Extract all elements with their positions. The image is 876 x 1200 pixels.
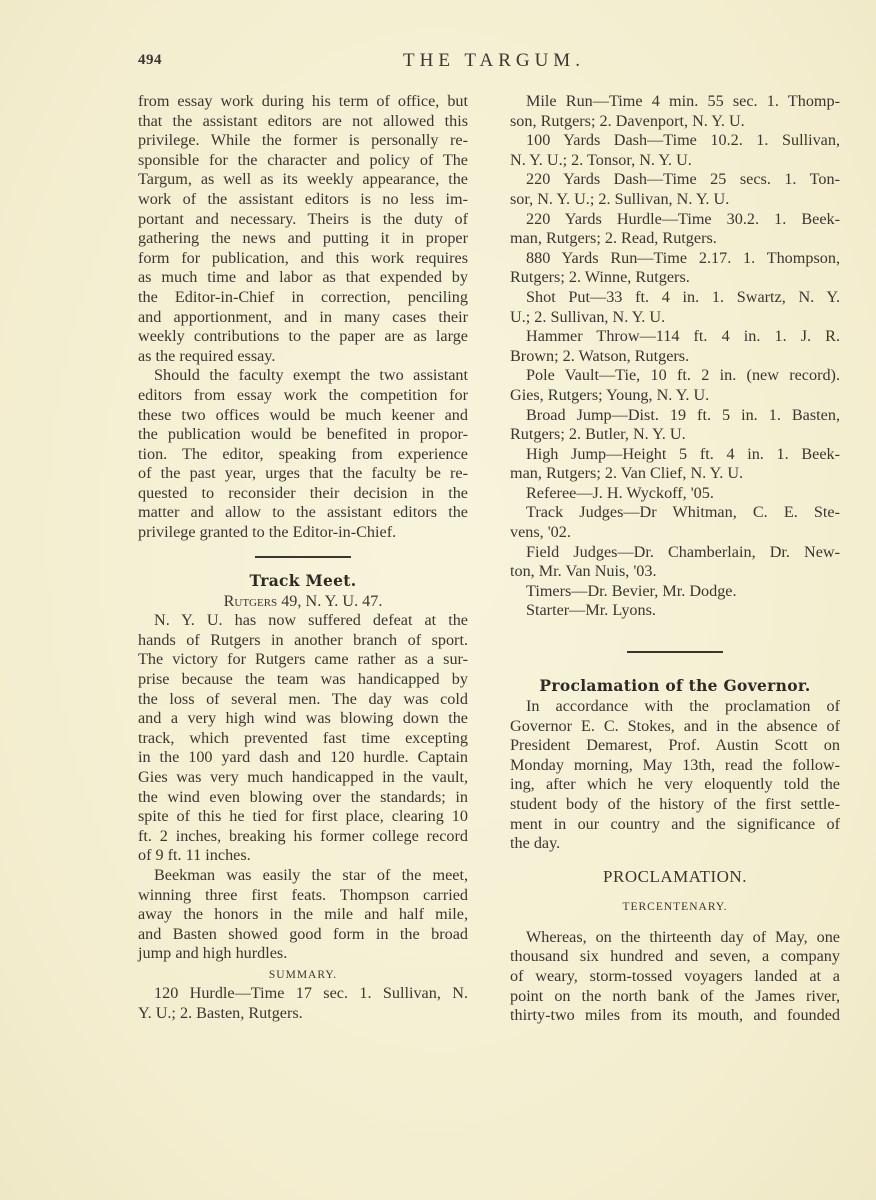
text-line: privilege. While the former is personall… (138, 131, 468, 151)
text-line: of the past year, urges that the faculty… (138, 464, 468, 484)
text-line: as much time and labor as that expended … (138, 268, 468, 288)
text-line: prise because the team was handicapped b… (138, 670, 468, 690)
section-divider (255, 556, 351, 558)
proclamation-article: Proclamation of the Governor. In accorda… (510, 675, 840, 1026)
track-meet-article: Track Meet. Rutgers 49, N. Y. U. 47. N. … (138, 570, 468, 1023)
text-line: quested to reconsider their decision in … (138, 484, 468, 504)
proclamation-title: PROCLAMATION. (510, 866, 840, 888)
summary-line: Timers—Dr. Bevier, Mr. Dodge. (510, 582, 840, 602)
text-line: tion. The editor, speaking from experien… (138, 445, 468, 465)
text-line: N. Y. U. has now suffered defeat at the (138, 611, 468, 631)
text-line: Monday morning, May 13th, read the follo… (510, 756, 840, 776)
text-line: Gies was very much handicapped in the va… (138, 768, 468, 788)
section-divider (627, 651, 723, 653)
summary-line: 220 Yards Hurdle—Time 30.2. 1. Beek- (510, 210, 840, 230)
track-meet-summary: Mile Run—Time 4 min. 55 sec. 1. Thomp- s… (510, 92, 840, 621)
text-line: sponsible for the character and policy o… (138, 151, 468, 171)
text-line: gathering the news and putting it in pro… (138, 229, 468, 249)
summary-line: Y. U.; 2. Basten, Rutgers. (138, 1004, 468, 1024)
text-line: winning three first feats. Thompson carr… (138, 886, 468, 906)
text-line: portant and necessary. Theirs is the dut… (138, 210, 468, 230)
summary-line: son, Rutgers; 2. Davenport, N. Y. U. (510, 112, 840, 132)
text-line: Should the faculty exempt the two assist… (138, 366, 468, 386)
article-heading: Track Meet. (138, 570, 468, 592)
text-line: President Demarest, Prof. Austin Scott o… (510, 736, 840, 756)
text-line: the loss of several men. The day was col… (138, 690, 468, 710)
text-line: work of the assistant editors is no less… (138, 190, 468, 210)
page-header: 494 THE TARGUM. (138, 50, 850, 74)
summary-line: U.; 2. Sullivan, N. Y. U. (510, 308, 840, 328)
text-line: hands of Rutgers in another branch of sp… (138, 631, 468, 651)
summary-line: 100 Yards Dash—Time 10.2. 1. Sullivan, (510, 131, 840, 151)
summary-line: Broad Jump—Dist. 19 ft. 5 in. 1. Basten, (510, 406, 840, 426)
summary-line: Referee—J. H. Wyckoff, '05. (510, 484, 840, 504)
text-line: The victory for Rutgers came rather as a… (138, 650, 468, 670)
text-line: the wind even blowing over the standards… (138, 788, 468, 808)
summary-line: Hammer Throw—114 ft. 4 in. 1. J. R. (510, 327, 840, 347)
text-line: thirty-two miles from its mouth, and fou… (510, 1006, 840, 1026)
text-line: of weary, storm-tossed voyagers landed a… (510, 967, 840, 987)
summary-line: N. Y. U.; 2. Tonsor, N. Y. U. (510, 151, 840, 171)
text-line: ft. 2 inches, breaking his former colleg… (138, 827, 468, 847)
summary-line: Shot Put—33 ft. 4 in. 1. Swartz, N. Y. (510, 288, 840, 308)
right-column: Mile Run—Time 4 min. 55 sec. 1. Thomp- s… (510, 92, 840, 1026)
summary-line: Rutgers; 2. Butler, N. Y. U. (510, 425, 840, 445)
summary-line: sor, N. Y. U.; 2. Sullivan, N. Y. U. (510, 190, 840, 210)
summary-line: man, Rutgers; 2. Read, Rutgers. (510, 229, 840, 249)
summary-line: Gies, Rutgers; Young, N. Y. U. (510, 386, 840, 406)
text-line: point on the north bank of the James riv… (510, 987, 840, 1007)
score-line: Rutgers 49, N. Y. U. 47. (138, 592, 468, 612)
text-line: track, which prevented fast time excepti… (138, 729, 468, 749)
summary-line: High Jump—Height 5 ft. 4 in. 1. Beek- (510, 445, 840, 465)
text-line: the publication would be benefited in pr… (138, 425, 468, 445)
summary-heading: SUMMARY. (138, 964, 468, 984)
summary-line: 880 Yards Run—Time 2.17. 1. Thompson, (510, 249, 840, 269)
text-line: Governor E. C. Stokes, and in the absenc… (510, 717, 840, 737)
proclamation-subtitle: TERCENTENARY. (510, 898, 840, 916)
text-line: student body of the history of the first… (510, 795, 840, 815)
text-line: that the assistant editors are not allow… (138, 112, 468, 132)
summary-line: Field Judges—Dr. Chamberlain, Dr. New- (510, 543, 840, 563)
scanned-page: 494 THE TARGUM. from essay work during h… (0, 0, 876, 1200)
left-column: from essay work during his term of offic… (138, 92, 468, 1023)
summary-line: ton, Mr. Van Nuis, '03. (510, 562, 840, 582)
text-line: and apportionment, and in many cases the… (138, 308, 468, 328)
text-line: thousand six hundred and seven, a compan… (510, 947, 840, 967)
text-line: and Basten showed good form in the broad (138, 925, 468, 945)
text-line: matter and allow to the assistant editor… (138, 503, 468, 523)
text-line: and a very high wind was blowing down th… (138, 709, 468, 729)
summary-line: Mile Run—Time 4 min. 55 sec. 1. Thomp- (510, 92, 840, 112)
text-line: editors from essay work the competition … (138, 386, 468, 406)
text-line: ment in our country and the significance… (510, 815, 840, 835)
summary-line: Rutgers; 2. Winne, Rutgers. (510, 268, 840, 288)
article-heading: Proclamation of the Governor. (510, 675, 840, 697)
text-line: jump and high hurdles. (138, 944, 468, 964)
text-line: the Editor-in-Chief in correction, penci… (138, 288, 468, 308)
text-line: Beekman was easily the star of the meet, (138, 866, 468, 886)
editorial-paragraph-2: Should the faculty exempt the two assist… (138, 366, 468, 542)
summary-line: Track Judges—Dr Whitman, C. E. Ste- (510, 503, 840, 523)
summary-line: Starter—Mr. Lyons. (510, 601, 840, 621)
text-line: in the 100 yard dash and 120 hurdle. Cap… (138, 748, 468, 768)
summary-line: Brown; 2. Watson, Rutgers. (510, 347, 840, 367)
text-line: spite of this he tied for first place, c… (138, 807, 468, 827)
text-line: In accordance with the proclamation of (510, 697, 840, 717)
summary-line: 120 Hurdle—Time 17 sec. 1. Sullivan, N. (138, 984, 468, 1004)
text-line: the day. (510, 834, 840, 854)
summary-line: 220 Yards Dash—Time 25 secs. 1. Ton- (510, 170, 840, 190)
summary-line: vens, '02. (510, 523, 840, 543)
text-line: privilege granted to the Editor-in-Chief… (138, 523, 468, 543)
text-line: Targum, as well as its weekly appearance… (138, 170, 468, 190)
text-line: weekly contributions to the paper are as… (138, 327, 468, 347)
text-line: away the honors in the mile and half mil… (138, 905, 468, 925)
text-line: these two offices would be much keener a… (138, 406, 468, 426)
editorial-paragraph-1: from essay work during his term of offic… (138, 92, 468, 366)
text-line: Whereas, on the thirteenth day of May, o… (510, 928, 840, 948)
text-line: as the required essay. (138, 347, 468, 367)
text-line: form for publication, and this work requ… (138, 249, 468, 269)
running-title: THE TARGUM. (138, 50, 850, 72)
text-line: from essay work during his term of offic… (138, 92, 468, 112)
proclamation-body: Whereas, on the thirteenth day of May, o… (510, 928, 840, 1026)
summary-line: man, Rutgers; 2. Van Clief, N. Y. U. (510, 464, 840, 484)
text-line: of 9 ft. 11 inches. (138, 846, 468, 866)
text-line: ing, after which he very eloquently told… (510, 775, 840, 795)
summary-line: Pole Vault—Tie, 10 ft. 2 in. (new record… (510, 366, 840, 386)
